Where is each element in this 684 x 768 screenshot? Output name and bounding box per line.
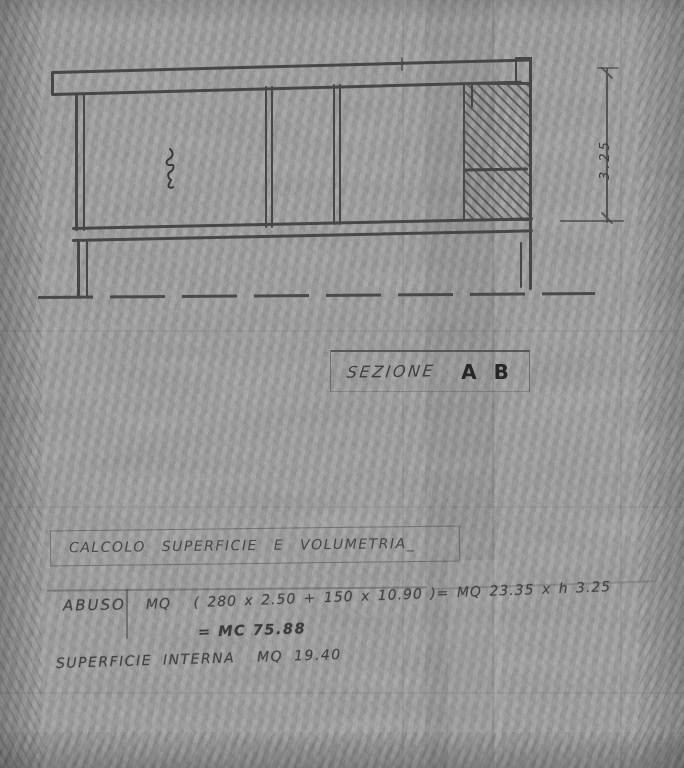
calc-column-divider <box>126 589 128 639</box>
edge-shading-right <box>638 0 684 768</box>
calc-title: CALCOLO SUPERFICIE E VOLUMETRIA_ <box>69 536 415 556</box>
calculation-block: CALCOLO SUPERFICIE E VOLUMETRIA_ ABUSO M… <box>0 0 684 768</box>
abuso-formula: MQ ( 280 x 2.50 + 150 x 10.90 )= MQ 23.3… <box>146 579 612 613</box>
abuso-volume: = MC 75.88 <box>198 621 307 641</box>
edge-shading-left <box>0 0 42 768</box>
abuso-label: ABUSO <box>63 595 126 614</box>
edge-shading-top <box>0 0 684 24</box>
edge-shading-bottom <box>0 732 684 768</box>
calc-title-box: CALCOLO SUPERFICIE E VOLUMETRIA_ <box>50 525 460 566</box>
internal-surface-note: SUPERFICIE INTERNA MQ 19.40 <box>56 647 342 672</box>
paper-sheet: 3.25 SEZIONE A B CALCOLO SUPERFICIE E VO… <box>0 0 684 768</box>
